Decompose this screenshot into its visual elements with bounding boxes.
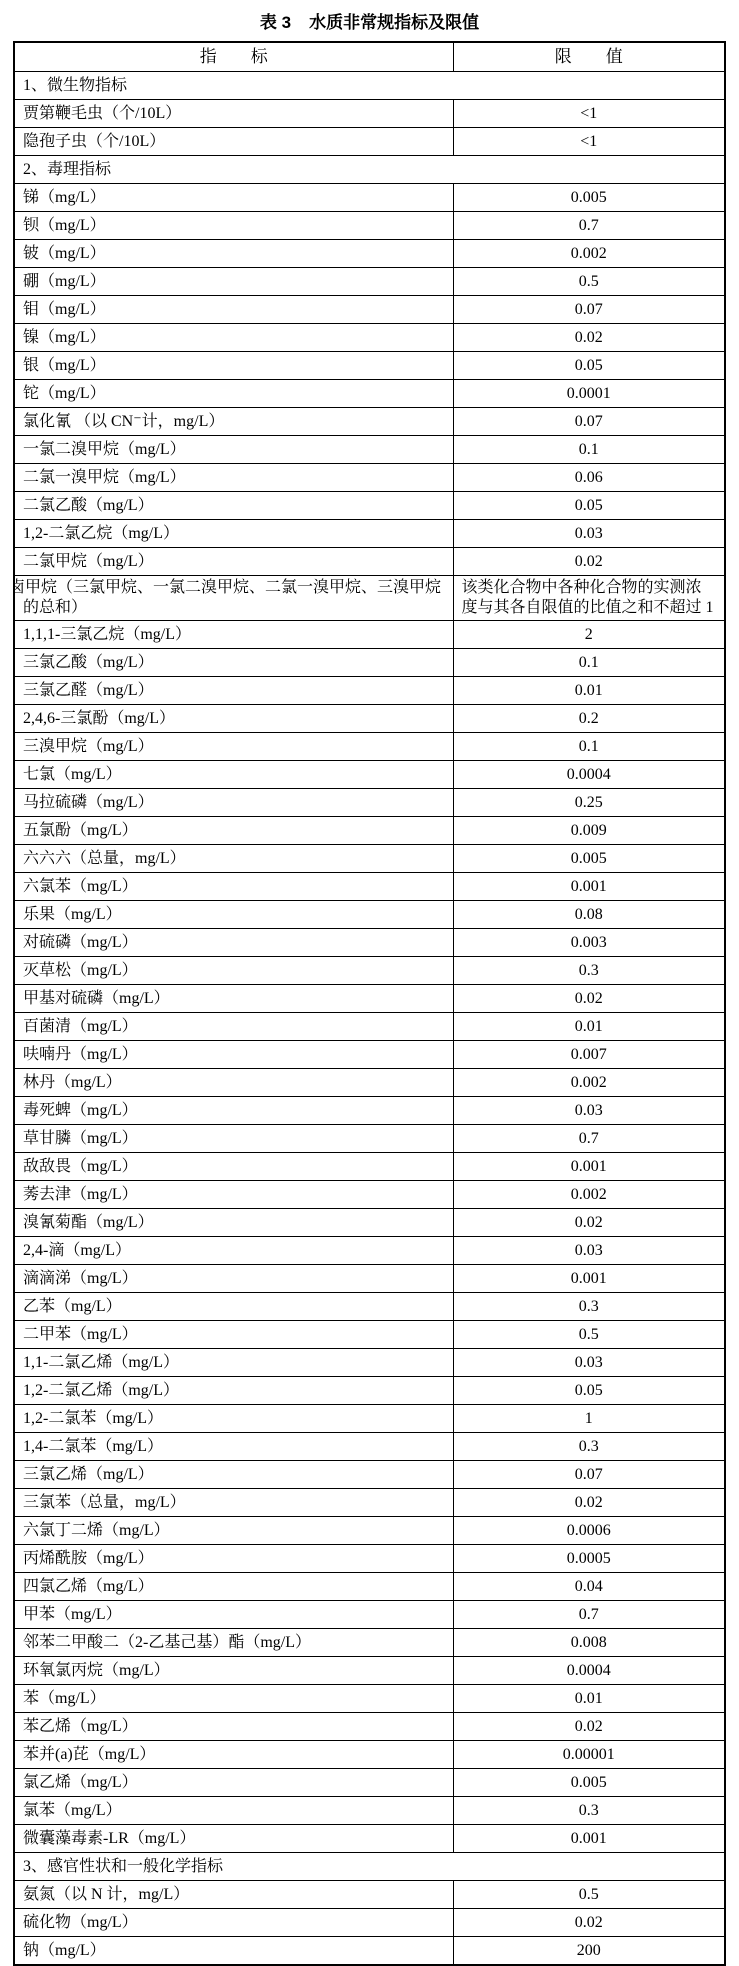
indicator-cell: 溴氰菊酯（mg/L） xyxy=(14,1209,453,1237)
limit-cell: 0.7 xyxy=(453,1125,725,1153)
indicator-cell: 2,4,6-三氯酚（mg/L） xyxy=(14,705,453,733)
indicator-cell: 百菌清（mg/L） xyxy=(14,1013,453,1041)
table-row: 1,2-二氯苯（mg/L）1 xyxy=(14,1405,725,1433)
limit-cell: 0.02 xyxy=(453,324,725,352)
indicator-cell: 七氯（mg/L） xyxy=(14,761,453,789)
table-row: 呋喃丹（mg/L）0.007 xyxy=(14,1041,725,1069)
indicator-cell: 毒死蜱（mg/L） xyxy=(14,1097,453,1125)
table-row: 三氯乙醛（mg/L）0.01 xyxy=(14,677,725,705)
table-row: 苯（mg/L）0.01 xyxy=(14,1685,725,1713)
indicator-cell: 1,1,1-三氯乙烷（mg/L） xyxy=(14,621,453,649)
table-row: 百菌清（mg/L）0.01 xyxy=(14,1013,725,1041)
limit-cell: 0.008 xyxy=(453,1629,725,1657)
table-row: 1,2-二氯乙烯（mg/L）0.05 xyxy=(14,1377,725,1405)
limit-cell: 0.01 xyxy=(453,1013,725,1041)
indicator-cell: 丙烯酰胺（mg/L） xyxy=(14,1545,453,1573)
indicator-cell: 六氯苯（mg/L） xyxy=(14,873,453,901)
indicator-cell: 二甲苯（mg/L） xyxy=(14,1321,453,1349)
section-row: 2、毒理指标 xyxy=(14,156,725,184)
table-row: 五氯酚（mg/L）0.009 xyxy=(14,817,725,845)
limit-cell: 0.0006 xyxy=(453,1517,725,1545)
limit-cell: 0.1 xyxy=(453,649,725,677)
limit-cell: 0.1 xyxy=(453,436,725,464)
limit-cell: 0.02 xyxy=(453,1713,725,1741)
indicator-cell: 钼（mg/L） xyxy=(14,296,453,324)
limit-cell: 0.0004 xyxy=(453,761,725,789)
limit-cell: 2 xyxy=(453,621,725,649)
indicator-cell: 锑（mg/L） xyxy=(14,184,453,212)
table-row: 溴氰菊酯（mg/L）0.02 xyxy=(14,1209,725,1237)
table-row: 四氯乙烯（mg/L）0.04 xyxy=(14,1573,725,1601)
table-row: 丙烯酰胺（mg/L）0.0005 xyxy=(14,1545,725,1573)
indicator-cell: 1,2-二氯苯（mg/L） xyxy=(14,1405,453,1433)
table-row: 三氯乙烯（mg/L）0.07 xyxy=(14,1461,725,1489)
limit-cell: 0.005 xyxy=(453,184,725,212)
table-row: 三氯苯（总量，mg/L）0.02 xyxy=(14,1489,725,1517)
table-row: 1,1-二氯乙烯（mg/L）0.03 xyxy=(14,1349,725,1377)
table-row: 草甘膦（mg/L）0.7 xyxy=(14,1125,725,1153)
indicator-cell: 邻苯二甲酸二（2-乙基己基）酯（mg/L） xyxy=(14,1629,453,1657)
limit-cell: 0.005 xyxy=(453,845,725,873)
indicator-cell: 四氯乙烯（mg/L） xyxy=(14,1573,453,1601)
table-row: 硫化物（mg/L）0.02 xyxy=(14,1909,725,1937)
limit-cell: 0.02 xyxy=(453,985,725,1013)
indicator-cell: 硼（mg/L） xyxy=(14,268,453,296)
limit-cell: 0.0005 xyxy=(453,1545,725,1573)
indicator-cell: 钡（mg/L） xyxy=(14,212,453,240)
indicator-cell: 三氯乙醛（mg/L） xyxy=(14,677,453,705)
limit-cell: 0.05 xyxy=(453,352,725,380)
table-row: 环氧氯丙烷（mg/L）0.0004 xyxy=(14,1657,725,1685)
limit-cell: 200 xyxy=(453,1937,725,1966)
limit-cell: 0.001 xyxy=(453,1265,725,1293)
limit-cell: 0.03 xyxy=(453,1237,725,1265)
indicator-cell: 氯乙烯（mg/L） xyxy=(14,1769,453,1797)
indicator-cell: 滴滴涕（mg/L） xyxy=(14,1265,453,1293)
limit-cell: 0.009 xyxy=(453,817,725,845)
limit-cell: 0.003 xyxy=(453,929,725,957)
document-page: 表 3 水质非常规指标及限值 指 标 限 值 1、微生物指标贾第鞭毛虫（个/10… xyxy=(0,0,739,1881)
indicator-cell: 二氯一溴甲烷（mg/L） xyxy=(14,464,453,492)
table-row: 二氯甲烷（mg/L）0.02 xyxy=(14,548,725,576)
table-row: 七氯（mg/L）0.0004 xyxy=(14,761,725,789)
table-row: 三氯乙酸（mg/L）0.1 xyxy=(14,649,725,677)
table-row: 甲基对硫磷（mg/L）0.02 xyxy=(14,985,725,1013)
limit-cell: 0.07 xyxy=(453,1461,725,1489)
water-quality-limits-table: 指 标 限 值 1、微生物指标贾第鞭毛虫（个/10L）<1隐孢子虫（个/10L）… xyxy=(13,41,726,1966)
indicator-cell: 敌敌畏（mg/L） xyxy=(14,1153,453,1181)
limit-cell: 0.005 xyxy=(453,1769,725,1797)
indicator-cell: 呋喃丹（mg/L） xyxy=(14,1041,453,1069)
limit-cell: 0.3 xyxy=(453,1433,725,1461)
table-row: 林丹（mg/L）0.002 xyxy=(14,1069,725,1097)
table-row: 苯乙烯（mg/L）0.02 xyxy=(14,1713,725,1741)
limit-cell: 1 xyxy=(453,1405,725,1433)
table-row: 铊（mg/L）0.0001 xyxy=(14,380,725,408)
limit-cell: 0.07 xyxy=(453,296,725,324)
limit-cell: 0.02 xyxy=(453,1909,725,1937)
table-row: 二氯一溴甲烷（mg/L）0.06 xyxy=(14,464,725,492)
limit-cell: 0.08 xyxy=(453,901,725,929)
indicator-cell: 甲基对硫磷（mg/L） xyxy=(14,985,453,1013)
col-header-indicator: 指 标 xyxy=(14,42,453,72)
table-row: 六六六（总量，mg/L）0.005 xyxy=(14,845,725,873)
table-row: 乐果（mg/L）0.08 xyxy=(14,901,725,929)
limit-cell: 0.00001 xyxy=(453,1741,725,1769)
table-row: 三卤甲烷（三氯甲烷、一氯二溴甲烷、二氯一溴甲烷、三溴甲烷的总和）该类化合物中各种… xyxy=(14,576,725,621)
limit-cell: 0.01 xyxy=(453,677,725,705)
table-row: 1,2-二氯乙烷（mg/L）0.03 xyxy=(14,520,725,548)
indicator-cell: 铊（mg/L） xyxy=(14,380,453,408)
table-row: 微囊藻毒素-LR（mg/L）0.001 xyxy=(14,1825,725,1853)
table-row: 敌敌畏（mg/L）0.001 xyxy=(14,1153,725,1181)
limit-cell: 0.5 xyxy=(453,1881,725,1909)
indicator-cell: 草甘膦（mg/L） xyxy=(14,1125,453,1153)
limit-cell: 0.05 xyxy=(453,492,725,520)
limit-cell: 0.5 xyxy=(453,1321,725,1349)
table-row: 钡（mg/L）0.7 xyxy=(14,212,725,240)
table-row: 钠（mg/L）200 xyxy=(14,1937,725,1966)
table-row: 甲苯（mg/L）0.7 xyxy=(14,1601,725,1629)
table-row: 乙苯（mg/L）0.3 xyxy=(14,1293,725,1321)
indicator-cell: 灭草松（mg/L） xyxy=(14,957,453,985)
limit-cell: 0.3 xyxy=(453,957,725,985)
indicator-cell: 苯乙烯（mg/L） xyxy=(14,1713,453,1741)
limit-cell: 0.3 xyxy=(453,1797,725,1825)
section-label: 1、微生物指标 xyxy=(14,72,725,100)
limit-cell: 0.02 xyxy=(453,1489,725,1517)
indicator-cell: 镍（mg/L） xyxy=(14,324,453,352)
indicator-cell: 氯苯（mg/L） xyxy=(14,1797,453,1825)
header-row: 指 标 限 值 xyxy=(14,42,725,72)
table-row: 六氯苯（mg/L）0.001 xyxy=(14,873,725,901)
limit-cell: 0.05 xyxy=(453,1377,725,1405)
section-row: 1、微生物指标 xyxy=(14,72,725,100)
limit-cell: 0.5 xyxy=(453,268,725,296)
table-row: 邻苯二甲酸二（2-乙基己基）酯（mg/L）0.008 xyxy=(14,1629,725,1657)
indicator-cell: 贾第鞭毛虫（个/10L） xyxy=(14,100,453,128)
limit-cell: 0.001 xyxy=(453,1153,725,1181)
limit-cell: 0.002 xyxy=(453,1181,725,1209)
indicator-cell: 铍（mg/L） xyxy=(14,240,453,268)
table-row: 对硫磷（mg/L）0.003 xyxy=(14,929,725,957)
table-number: 表 3 xyxy=(260,8,291,33)
table-row: 莠去津（mg/L）0.002 xyxy=(14,1181,725,1209)
table-row: 贾第鞭毛虫（个/10L）<1 xyxy=(14,100,725,128)
table-row: 银（mg/L）0.05 xyxy=(14,352,725,380)
limit-cell: 0.001 xyxy=(453,873,725,901)
indicator-cell: 乐果（mg/L） xyxy=(14,901,453,929)
limit-cell: 0.3 xyxy=(453,1293,725,1321)
indicator-cell: 乙苯（mg/L） xyxy=(14,1293,453,1321)
limit-cell: 0.002 xyxy=(453,240,725,268)
table-row: 一氯二溴甲烷（mg/L）0.1 xyxy=(14,436,725,464)
table-row: 苯并(a)芘（mg/L）0.00001 xyxy=(14,1741,725,1769)
limit-cell: 0.01 xyxy=(453,1685,725,1713)
indicator-cell: 马拉硫磷（mg/L） xyxy=(14,789,453,817)
table-row: 滴滴涕（mg/L）0.001 xyxy=(14,1265,725,1293)
limit-cell: 该类化合物中各种化合物的实测浓度与其各自限值的比值之和不超过 1 xyxy=(453,576,725,621)
limit-cell: 0.25 xyxy=(453,789,725,817)
indicator-cell: 三氯乙烯（mg/L） xyxy=(14,1461,453,1489)
indicator-cell: 三氯乙酸（mg/L） xyxy=(14,649,453,677)
indicator-cell: 2,4-滴（mg/L） xyxy=(14,1237,453,1265)
table-row: 铍（mg/L）0.002 xyxy=(14,240,725,268)
table-row: 硼（mg/L）0.5 xyxy=(14,268,725,296)
indicator-cell: 六氯丁二烯（mg/L） xyxy=(14,1517,453,1545)
table-row: 氯苯（mg/L）0.3 xyxy=(14,1797,725,1825)
indicator-cell: 二氯乙酸（mg/L） xyxy=(14,492,453,520)
indicator-cell: 1,1-二氯乙烯（mg/L） xyxy=(14,1349,453,1377)
table-row: 三溴甲烷（mg/L）0.1 xyxy=(14,733,725,761)
indicator-cell: 五氯酚（mg/L） xyxy=(14,817,453,845)
indicator-cell: 对硫磷（mg/L） xyxy=(14,929,453,957)
limit-cell: 0.2 xyxy=(453,705,725,733)
table-title-text: 水质非常规指标及限值 xyxy=(309,8,479,33)
section-label: 2、毒理指标 xyxy=(14,156,725,184)
table-row: 隐孢子虫（个/10L）<1 xyxy=(14,128,725,156)
table-row: 氯乙烯（mg/L）0.005 xyxy=(14,1769,725,1797)
section-row: 3、感官性状和一般化学指标 xyxy=(14,1853,725,1881)
limit-cell: 0.03 xyxy=(453,1097,725,1125)
limit-cell: 0.7 xyxy=(453,212,725,240)
indicator-cell: 环氧氯丙烷（mg/L） xyxy=(14,1657,453,1685)
table-row: 2,4-滴（mg/L）0.03 xyxy=(14,1237,725,1265)
limit-cell: 0.007 xyxy=(453,1041,725,1069)
indicator-cell: 1,2-二氯乙烯（mg/L） xyxy=(14,1377,453,1405)
limit-cell: 0.03 xyxy=(453,1349,725,1377)
table-row: 镍（mg/L）0.02 xyxy=(14,324,725,352)
limit-cell: 0.04 xyxy=(453,1573,725,1601)
limit-cell: 0.0001 xyxy=(453,380,725,408)
table-row: 氯化氰 （以 CN⁻计，mg/L）0.07 xyxy=(14,408,725,436)
limit-cell: 0.0004 xyxy=(453,1657,725,1685)
table-row: 灭草松（mg/L）0.3 xyxy=(14,957,725,985)
table-row: 2,4,6-三氯酚（mg/L）0.2 xyxy=(14,705,725,733)
indicator-cell: 三卤甲烷（三氯甲烷、一氯二溴甲烷、二氯一溴甲烷、三溴甲烷的总和） xyxy=(14,576,453,621)
indicator-cell: 1,2-二氯乙烷（mg/L） xyxy=(14,520,453,548)
indicator-cell: 氨氮（以 N 计，mg/L） xyxy=(14,1881,453,1909)
table-row: 二氯乙酸（mg/L）0.05 xyxy=(14,492,725,520)
limit-cell: 0.7 xyxy=(453,1601,725,1629)
indicator-cell: 隐孢子虫（个/10L） xyxy=(14,128,453,156)
limit-cell: 0.02 xyxy=(453,1209,725,1237)
table-row: 锑（mg/L）0.005 xyxy=(14,184,725,212)
indicator-cell: 硫化物（mg/L） xyxy=(14,1909,453,1937)
limit-cell: 0.07 xyxy=(453,408,725,436)
limit-cell: 0.06 xyxy=(453,464,725,492)
limit-cell: 0.1 xyxy=(453,733,725,761)
limit-cell: 0.002 xyxy=(453,1069,725,1097)
table-row: 1,4-二氯苯（mg/L）0.3 xyxy=(14,1433,725,1461)
table-row: 二甲苯（mg/L）0.5 xyxy=(14,1321,725,1349)
indicator-cell: 银（mg/L） xyxy=(14,352,453,380)
limit-cell: 0.001 xyxy=(453,1825,725,1853)
indicator-cell: 三氯苯（总量，mg/L） xyxy=(14,1489,453,1517)
indicator-cell: 二氯甲烷（mg/L） xyxy=(14,548,453,576)
indicator-cell: 三溴甲烷（mg/L） xyxy=(14,733,453,761)
indicator-cell: 氯化氰 （以 CN⁻计，mg/L） xyxy=(14,408,453,436)
table-row: 钼（mg/L）0.07 xyxy=(14,296,725,324)
limit-cell: 0.03 xyxy=(453,520,725,548)
indicator-cell: 一氯二溴甲烷（mg/L） xyxy=(14,436,453,464)
limit-cell: <1 xyxy=(453,128,725,156)
indicator-cell: 苯（mg/L） xyxy=(14,1685,453,1713)
table-row: 1,1,1-三氯乙烷（mg/L）2 xyxy=(14,621,725,649)
indicator-cell: 甲苯（mg/L） xyxy=(14,1601,453,1629)
table-row: 毒死蜱（mg/L）0.03 xyxy=(14,1097,725,1125)
limit-cell: <1 xyxy=(453,100,725,128)
indicator-cell: 莠去津（mg/L） xyxy=(14,1181,453,1209)
table-row: 六氯丁二烯（mg/L）0.0006 xyxy=(14,1517,725,1545)
section-label: 3、感官性状和一般化学指标 xyxy=(14,1853,725,1881)
table-row: 氨氮（以 N 计，mg/L）0.5 xyxy=(14,1881,725,1909)
indicator-cell: 六六六（总量，mg/L） xyxy=(14,845,453,873)
indicator-cell: 林丹（mg/L） xyxy=(14,1069,453,1097)
table-title: 表 3 水质非常规指标及限值 xyxy=(0,8,739,33)
limit-cell: 0.02 xyxy=(453,548,725,576)
col-header-limit: 限 值 xyxy=(453,42,725,72)
indicator-cell: 苯并(a)芘（mg/L） xyxy=(14,1741,453,1769)
indicator-cell: 1,4-二氯苯（mg/L） xyxy=(14,1433,453,1461)
indicator-cell: 微囊藻毒素-LR（mg/L） xyxy=(14,1825,453,1853)
indicator-cell: 钠（mg/L） xyxy=(14,1937,453,1966)
table-row: 马拉硫磷（mg/L）0.25 xyxy=(14,789,725,817)
